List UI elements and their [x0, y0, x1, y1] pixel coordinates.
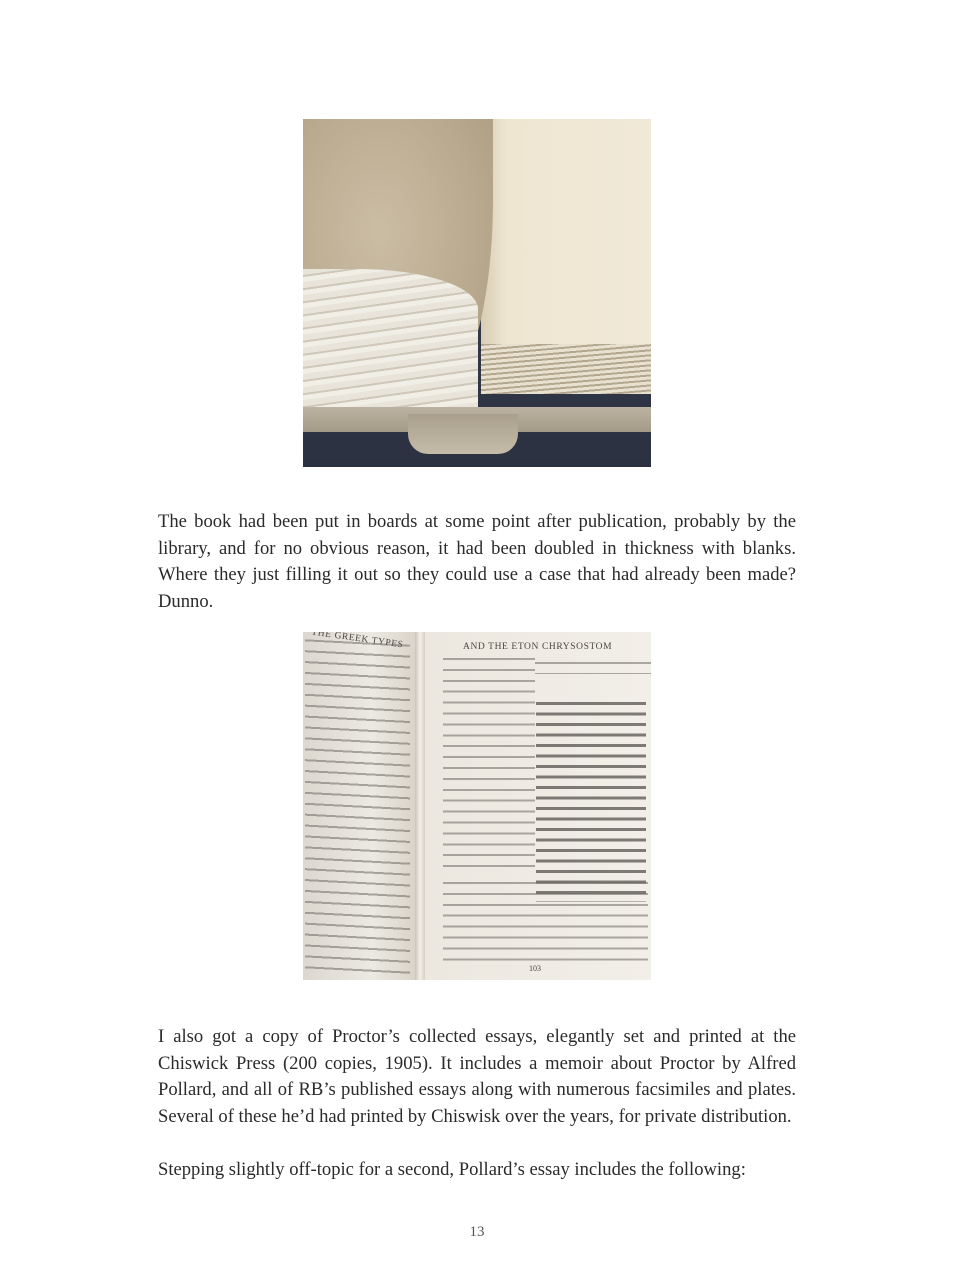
photo-open-book-gutter	[303, 119, 651, 467]
right-page-edges	[481, 344, 651, 394]
left-deckle-leaves	[303, 269, 478, 409]
book-folio-number: 103	[529, 964, 541, 973]
paragraph-3: Stepping slightly off-topic for a second…	[158, 1157, 796, 1184]
right-text-top-lines	[535, 662, 651, 674]
right-text-column	[443, 658, 535, 868]
right-text-bottom-lines	[443, 882, 648, 967]
paragraph-1: The book had been put in boards at some …	[158, 509, 796, 615]
photo-printed-spread: THE GREEK TYPES AND THE ETON CHRYSOSTOM …	[303, 632, 651, 980]
document-page: The book had been put in boards at some …	[0, 0, 954, 1276]
page-number: 13	[0, 1224, 954, 1241]
right-blank-page	[481, 119, 651, 369]
paragraph-2: I also got a copy of Proctor’s collected…	[158, 1024, 796, 1130]
right-running-head: AND THE ETON CHRYSOSTOM	[463, 642, 612, 652]
page-gutter	[415, 632, 425, 980]
greek-facsimile-block	[536, 702, 646, 902]
spine-cloth	[408, 414, 518, 454]
left-text-block	[305, 639, 410, 980]
